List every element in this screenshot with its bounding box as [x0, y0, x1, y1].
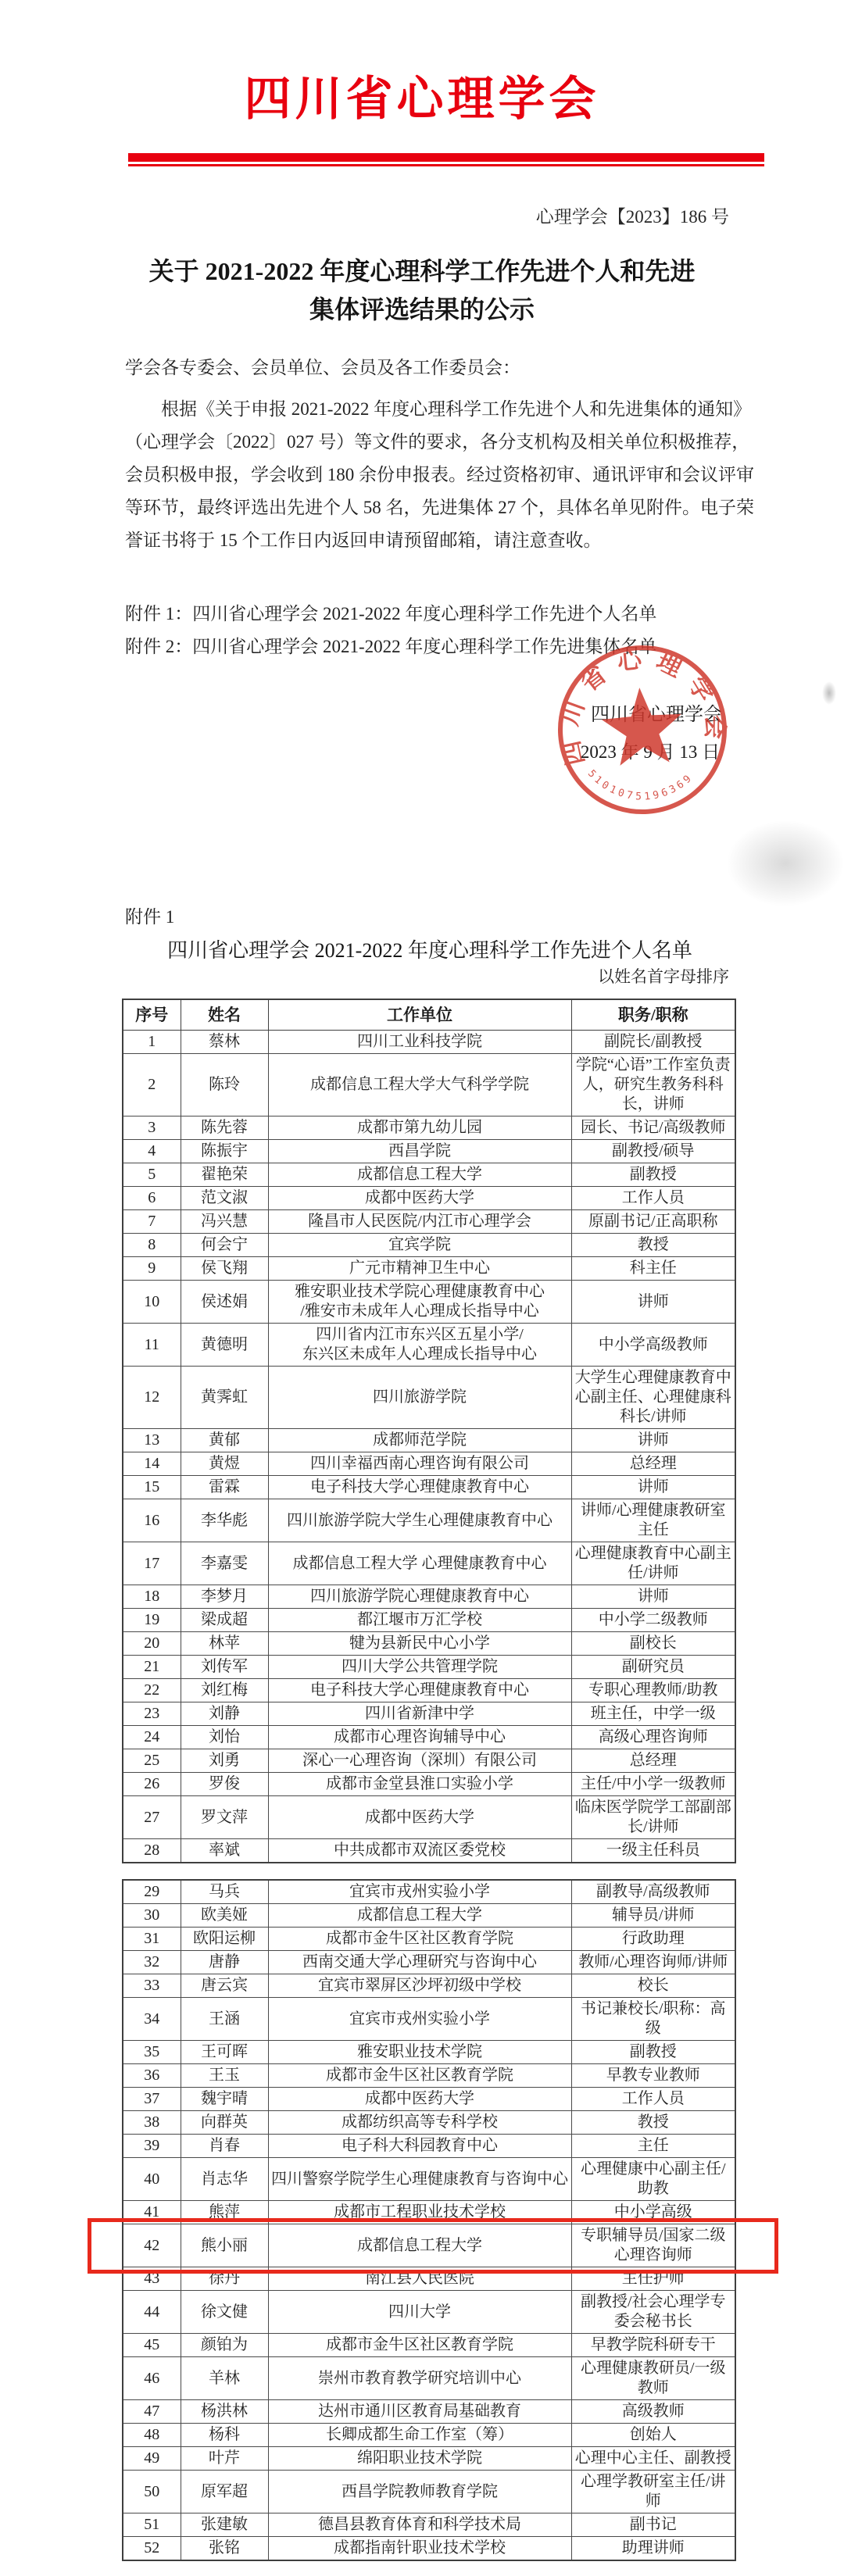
cell-name: 张铭 [181, 2537, 268, 2561]
cell-title: 心理中心主任、副教授 [571, 2447, 735, 2471]
body-line: 根据《关于申报 2021-2022 年度心理科学工作先进个人和先进集体的通知》 [125, 393, 729, 426]
cell-no: 10 [123, 1281, 181, 1324]
cell-title: 教师/心理咨询师/讲师 [571, 1951, 735, 1974]
cell-unit: 成都市金堂县淮口实验小学 [268, 1773, 571, 1796]
cell-unit: 成都信息工程大学 心理健康教育中心 [268, 1542, 571, 1585]
cell-unit: 西南交通大学心理研究与咨询中心 [268, 1951, 571, 1974]
cell-name: 何会宁 [181, 1234, 268, 1257]
cell-no: 51 [123, 2513, 181, 2537]
cell-no: 37 [123, 2088, 181, 2111]
cell-no: 41 [123, 2201, 181, 2224]
cell-no: 1 [123, 1031, 181, 1054]
cell-name: 刘红梅 [181, 1679, 268, 1702]
table-header-cell-unit: 工作单位 [268, 999, 571, 1031]
table-row: 42熊小丽成都信息工程大学专职辅导员/国家二级心理咨询师 [123, 2224, 735, 2267]
cell-unit: 四川省新津中学 [268, 1702, 571, 1726]
table-header-row: 序号 姓名 工作单位 职务/职称 [123, 999, 735, 1031]
table-row: 34王涵宜宾市戎州实验小学书记兼校长/职称：高级 [123, 1998, 735, 2041]
cell-name: 王可晖 [181, 2041, 268, 2064]
table-row: 51张建敏德昌县教育体育和科学技术局副书记 [123, 2513, 735, 2537]
cell-unit: 电子科大科园教育中心 [268, 2135, 571, 2158]
cell-unit: 中共成都市双流区委党校 [268, 1839, 571, 1863]
table-row: 12黄霁虹四川旅游学院大学生心理健康教育中心副主任、心理健康科科长/讲师 [123, 1367, 735, 1429]
cell-no: 6 [123, 1187, 181, 1210]
cell-unit: 宜宾市戎州实验小学 [268, 1998, 571, 2041]
cell-title: 书记兼校长/职称：高级 [571, 1998, 735, 2041]
doc-number: 心理学会【2023】186 号 [125, 205, 729, 229]
table-row: 38向群英成都纺织高等专科学校教授 [123, 2111, 735, 2135]
table-row: 30欧美娅成都信息工程大学辅导员/讲师 [123, 1904, 735, 1928]
cell-no: 14 [123, 1452, 181, 1476]
cell-no: 15 [123, 1476, 181, 1499]
cell-title: 大学生心理健康教育中心副主任、心理健康科科长/讲师 [571, 1367, 735, 1429]
signature-date: 2023 年 9 月 13 日 [556, 740, 744, 765]
cell-no: 34 [123, 1998, 181, 2041]
cell-title: 班主任，中学一级 [571, 1702, 735, 1726]
cell-title: 科主任 [571, 1257, 735, 1281]
table-row: 1蔡林四川工业科技学院副院长/副教授 [123, 1031, 735, 1054]
cell-title: 副研究员 [571, 1656, 735, 1679]
table-row: 24刘怡成都市心理咨询辅导中心高级心理咨询师 [123, 1726, 735, 1749]
cell-name: 李梦月 [181, 1585, 268, 1609]
cell-unit: 四川旅游学院 [268, 1367, 571, 1429]
cell-no: 46 [123, 2357, 181, 2400]
cell-title: 高级心理咨询师 [571, 1726, 735, 1749]
cell-unit: 四川幸福西南心理咨询有限公司 [268, 1452, 571, 1476]
roster-table-segment-2: 29马兵宜宾市戎州实验小学副教导/高级教师30欧美娅成都信息工程大学辅导员/讲师… [122, 1879, 736, 2561]
table-row: 46羊林崇州市教育教学研究培训中心心理健康教研员/一级教师 [123, 2357, 735, 2400]
cell-unit: 长卿成都生命工作室（筹） [268, 2424, 571, 2447]
table-row: 15雷霖电子科技大学心理健康教育中心讲师 [123, 1476, 735, 1499]
cell-no: 36 [123, 2064, 181, 2088]
cell-title: 助理讲师 [571, 2537, 735, 2561]
cell-name: 侯飞翔 [181, 1257, 268, 1281]
cell-title: 早教学院科研专干 [571, 2334, 735, 2357]
cell-no: 47 [123, 2400, 181, 2424]
table-row: 18李梦月四川旅游学院心理健康教育中心讲师 [123, 1585, 735, 1609]
cell-no: 35 [123, 2041, 181, 2064]
cell-name: 李嘉雯 [181, 1542, 268, 1585]
cell-no: 11 [123, 1324, 181, 1367]
cell-no: 3 [123, 1117, 181, 1140]
cell-title: 主任护师 [571, 2267, 735, 2291]
cell-title: 临床医学院学工部副部长/讲师 [571, 1796, 735, 1839]
cell-title: 主任 [571, 2135, 735, 2158]
cell-name: 刘静 [181, 1702, 268, 1726]
table-header-cell-no: 序号 [123, 999, 181, 1031]
annex-label: 附件 1 [125, 905, 729, 930]
table-header-cell-name: 姓名 [181, 999, 268, 1031]
cell-title: 行政助理 [571, 1928, 735, 1951]
cell-unit: 电子科技大学心理健康教育中心 [268, 1476, 571, 1499]
cell-name: 欧美娅 [181, 1904, 268, 1928]
cell-unit: 成都市第九幼儿园 [268, 1117, 571, 1140]
cell-name: 李华彪 [181, 1499, 268, 1542]
notice-title-line-2: 集体评选结果的公示 [78, 291, 766, 329]
table-row: 32唐静西南交通大学心理研究与咨询中心教师/心理咨询师/讲师 [123, 1951, 735, 1974]
cell-no: 4 [123, 1140, 181, 1163]
cell-title: 副教导/高级教师 [571, 1880, 735, 1904]
cell-name: 张建敏 [181, 2513, 268, 2537]
cell-title: 讲师/心理健康教研室主任 [571, 1499, 735, 1542]
table-row: 6范文淑成都中医药大学工作人员 [123, 1187, 735, 1210]
cell-title: 副院长/副教授 [571, 1031, 735, 1054]
red-rule-thick [128, 153, 764, 162]
table-row: 3陈先蓉成都市第九幼儿园园长、书记/高级教师 [123, 1117, 735, 1140]
cell-name: 罗文萍 [181, 1796, 268, 1839]
cell-title: 学院“心语”工作室负责人，研究生教务科科长，讲师 [571, 1054, 735, 1117]
cell-no: 50 [123, 2471, 181, 2513]
table-row: 9侯飞翔广元市精神卫生中心科主任 [123, 1257, 735, 1281]
cell-name: 叶芹 [181, 2447, 268, 2471]
cell-title: 心理健康教育中心副主任/讲师 [571, 1542, 735, 1585]
cell-title: 讲师 [571, 1281, 735, 1324]
cell-title: 辅导员/讲师 [571, 1904, 735, 1928]
cell-title: 心理健康教研员/一级教师 [571, 2357, 735, 2400]
cell-unit: 四川大学 [268, 2291, 571, 2334]
cell-unit: 达州市通川区教育局基础教育 [268, 2400, 571, 2424]
cell-unit: 雅安职业技术学院 [268, 2041, 571, 2064]
cell-title: 专职心理教师/助教 [571, 1679, 735, 1702]
table-row: 48杨科长卿成都生命工作室（筹）创始人 [123, 2424, 735, 2447]
table-row: 2陈玲成都信息工程大学大气科学学院学院“心语”工作室负责人，研究生教务科科长，讲… [123, 1054, 735, 1117]
cell-no: 42 [123, 2224, 181, 2267]
cell-name: 肖志华 [181, 2158, 268, 2201]
cell-no: 30 [123, 1904, 181, 1928]
cell-unit: 四川旅游学院心理健康教育中心 [268, 1585, 571, 1609]
cell-title: 中小学高级教师 [571, 1324, 735, 1367]
table-row: 50原军超西昌学院教师教育学院心理学教研室主任/讲师 [123, 2471, 735, 2513]
table-row: 33唐云宾宜宾市翠屏区沙坪初级中学校校长 [123, 1974, 735, 1998]
cell-name: 原军超 [181, 2471, 268, 2513]
cell-unit: 绵阳职业技术学院 [268, 2447, 571, 2471]
red-rule-thin [128, 164, 764, 166]
cell-unit: 宜宾市翠屏区沙坪初级中学校 [268, 1974, 571, 1998]
table-row: 20林苹犍为县新民中心小学副校长 [123, 1632, 735, 1656]
cell-unit: 都江堰市万汇学校 [268, 1609, 571, 1632]
notice-title: 关于 2021-2022 年度心理科学工作先进个人和先进 集体评选结果的公示 [78, 252, 766, 329]
table-row: 27罗文萍成都中医药大学临床医学院学工部副部长/讲师 [123, 1796, 735, 1839]
cell-title: 校长 [571, 1974, 735, 1998]
cell-unit: 宜宾学院 [268, 1234, 571, 1257]
cell-unit: 成都市心理咨询辅导中心 [268, 1726, 571, 1749]
cell-name: 刘传军 [181, 1656, 268, 1679]
table-row: 52张铭成都指南针职业技术学校助理讲师 [123, 2537, 735, 2561]
seal-serial: 5101075196369 [585, 761, 697, 807]
table-row: 7冯兴慧隆昌市人民医院/内江市心理学会原副书记/正高职称 [123, 1210, 735, 1234]
cell-title: 心理健康中心副主任/助教 [571, 2158, 735, 2201]
table-header-cell-title: 职务/职称 [571, 999, 735, 1031]
cell-name: 王涵 [181, 1998, 268, 2041]
cell-name: 陈玲 [181, 1054, 268, 1117]
cell-title: 高级教师 [571, 2400, 735, 2424]
cell-name: 陈先蓉 [181, 1117, 268, 1140]
cell-title: 讲师 [571, 1585, 735, 1609]
cell-title: 工作人员 [571, 1187, 735, 1210]
cell-title: 主任/中小学一级教师 [571, 1773, 735, 1796]
cell-no: 21 [123, 1656, 181, 1679]
cell-unit: 电子科技大学心理健康教育中心 [268, 1679, 571, 1702]
cell-no: 18 [123, 1585, 181, 1609]
cell-unit: 隆昌市人民医院/内江市心理学会 [268, 1210, 571, 1234]
cell-title: 副教授 [571, 1163, 735, 1187]
table-row: 36王玉成都市金牛区社区教育学院早教专业教师 [123, 2064, 735, 2088]
cell-no: 8 [123, 1234, 181, 1257]
cell-no: 28 [123, 1839, 181, 1863]
attachment-list: 附件 1：四川省心理学会 2021-2022 年度心理科学工作先进个人名单 附件… [125, 598, 729, 663]
cell-no: 43 [123, 2267, 181, 2291]
seal-ring [555, 642, 730, 817]
cell-name: 刘怡 [181, 1726, 268, 1749]
cell-unit: 成都中医药大学 [268, 2088, 571, 2111]
cell-unit: 宜宾市戎州实验小学 [268, 1880, 571, 1904]
cell-title: 工作人员 [571, 2088, 735, 2111]
cell-unit: 广元市精神卫生中心 [268, 1257, 571, 1281]
sort-note: 以姓名首字母排序 [125, 966, 729, 988]
cell-name: 马兵 [181, 1880, 268, 1904]
cell-title: 副教授/硕导 [571, 1140, 735, 1163]
cell-no: 26 [123, 1773, 181, 1796]
cell-no: 19 [123, 1609, 181, 1632]
cell-name: 羊林 [181, 2357, 268, 2400]
cell-no: 24 [123, 1726, 181, 1749]
cell-name: 陈振宇 [181, 1140, 268, 1163]
cell-title: 总经理 [571, 1749, 735, 1773]
table-row: 19梁成超都江堰市万汇学校中小学二级教师 [123, 1609, 735, 1632]
cell-unit: 成都市金牛区社区教育学院 [268, 2064, 571, 2088]
cell-no: 29 [123, 1880, 181, 1904]
cell-name: 王玉 [181, 2064, 268, 2088]
table-row: 14黄煜四川幸福西南心理咨询有限公司总经理 [123, 1452, 735, 1476]
table-row: 49叶芹绵阳职业技术学院心理中心主任、副教授 [123, 2447, 735, 2471]
table-row: 37魏宇晴成都中医药大学工作人员 [123, 2088, 735, 2111]
body-line: （心理学会〔2022〕027 号）等文件的要求，各分支机构及相关单位积极推荐， [125, 426, 729, 459]
scan-smudge [822, 681, 836, 705]
cell-name: 蔡林 [181, 1031, 268, 1054]
cell-title: 副教授/社会心理学专委会秘书长 [571, 2291, 735, 2334]
cell-unit: 崇州市教育教学研究培训中心 [268, 2357, 571, 2400]
table-row: 29马兵宜宾市戎州实验小学副教导/高级教师 [123, 1880, 735, 1904]
cell-no: 7 [123, 1210, 181, 1234]
table-row: 44徐文健四川大学副教授/社会心理学专委会秘书长 [123, 2291, 735, 2334]
table-row: 35王可晖雅安职业技术学院副教授 [123, 2041, 735, 2064]
org-title: 四川省心理学会 [0, 66, 844, 133]
cell-name: 杨科 [181, 2424, 268, 2447]
table-row: 26罗俊成都市金堂县淮口实验小学主任/中小学一级教师 [123, 1773, 735, 1796]
cell-title: 专职辅导员/国家二级心理咨询师 [571, 2224, 735, 2267]
cell-name: 林苹 [181, 1632, 268, 1656]
table-row: 11黄德明四川省内江市东兴区五星小学/ 东兴区未成年人心理成长指导中心中小学高级… [123, 1324, 735, 1367]
cell-no: 49 [123, 2447, 181, 2471]
table-row: 5翟艳荣成都信息工程大学副教授 [123, 1163, 735, 1187]
cell-name: 梁成超 [181, 1609, 268, 1632]
cell-unit: 成都中医药大学 [268, 1796, 571, 1839]
cell-unit: 成都信息工程大学 [268, 2224, 571, 2267]
table-row: 17李嘉雯成都信息工程大学 心理健康教育中心心理健康教育中心副主任/讲师 [123, 1542, 735, 1585]
cell-title: 教授 [571, 2111, 735, 2135]
cell-no: 33 [123, 1974, 181, 1998]
cell-title: 创始人 [571, 2424, 735, 2447]
table-row: 23刘静四川省新津中学班主任，中学一级 [123, 1702, 735, 1726]
cell-title: 园长、书记/高级教师 [571, 1117, 735, 1140]
cell-no: 9 [123, 1257, 181, 1281]
cell-unit: 成都市金牛区社区教育学院 [268, 1928, 571, 1951]
cell-name: 欧阳运柳 [181, 1928, 268, 1951]
cell-title: 总经理 [571, 1452, 735, 1476]
cell-no: 17 [123, 1542, 181, 1585]
table-row: 22刘红梅电子科技大学心理健康教育中心专职心理教师/助教 [123, 1679, 735, 1702]
cell-name: 黄霁虹 [181, 1367, 268, 1429]
body-line: 等环节，最终评选出先进个人 58 名，先进集体 27 个，具体名单见附件。电子荣 [125, 491, 729, 524]
cell-name: 刘勇 [181, 1749, 268, 1773]
table-row: 31欧阳运柳成都市金牛区社区教育学院行政助理 [123, 1928, 735, 1951]
roster-table-segment-1: 序号 姓名 工作单位 职务/职称 1蔡林四川工业科技学院副院长/副教授2陈玲成都… [122, 999, 736, 1863]
cell-unit: 成都中医药大学 [268, 1187, 571, 1210]
table-row: 43徐丹南江县人民医院主任护师 [123, 2267, 735, 2291]
cell-unit: 成都信息工程大学 [268, 1163, 571, 1187]
cell-name: 率斌 [181, 1839, 268, 1863]
cell-no: 22 [123, 1679, 181, 1702]
cell-name: 熊小丽 [181, 2224, 268, 2267]
cell-no: 52 [123, 2537, 181, 2561]
cell-name: 唐云宾 [181, 1974, 268, 1998]
cell-no: 5 [123, 1163, 181, 1187]
cell-no: 16 [123, 1499, 181, 1542]
cell-name: 雷霖 [181, 1476, 268, 1499]
cell-no: 2 [123, 1054, 181, 1117]
cell-name: 黄德明 [181, 1324, 268, 1367]
table-row: 47杨洪林达州市通川区教育局基础教育高级教师 [123, 2400, 735, 2424]
cell-title: 一级主任科员 [571, 1839, 735, 1863]
cell-title: 教授 [571, 1234, 735, 1257]
table-row: 10侯述娟雅安职业技术学院心理健康教育中心 /雅安市未成年人心理成长指导中心讲师 [123, 1281, 735, 1324]
cell-name: 侯述娟 [181, 1281, 268, 1324]
cell-no: 23 [123, 1702, 181, 1726]
cell-unit: 四川警察学院学生心理健康教育与咨询中心 [268, 2158, 571, 2201]
cell-name: 肖春 [181, 2135, 268, 2158]
cell-no: 45 [123, 2334, 181, 2357]
cell-name: 罗俊 [181, 1773, 268, 1796]
notice-title-line-1: 关于 2021-2022 年度心理科学工作先进个人和先进 [78, 252, 766, 291]
attachment-line-1: 附件 1：四川省心理学会 2021-2022 年度心理科学工作先进个人名单 [125, 598, 729, 631]
cell-unit: 四川旅游学院大学生心理健康教育中心 [268, 1499, 571, 1542]
cell-name: 翟艳荣 [181, 1163, 268, 1187]
cell-unit: 犍为县新民中心小学 [268, 1632, 571, 1656]
cell-unit: 成都市工程职业技术学校 [268, 2201, 571, 2224]
cell-title: 原副书记/正高职称 [571, 1210, 735, 1234]
cell-unit: 四川省内江市东兴区五星小学/ 东兴区未成年人心理成长指导中心 [268, 1324, 571, 1367]
table-row: 13黄郁成都师范学院讲师 [123, 1429, 735, 1452]
cell-name: 熊萍 [181, 2201, 268, 2224]
table-title: 四川省心理学会 2021-2022 年度心理科学工作先进个人名单 [109, 936, 750, 966]
cell-no: 13 [123, 1429, 181, 1452]
cell-name: 杨洪林 [181, 2400, 268, 2424]
cell-no: 31 [123, 1928, 181, 1951]
cell-unit: 雅安职业技术学院心理健康教育中心 /雅安市未成年人心理成长指导中心 [268, 1281, 571, 1324]
cell-title: 副校长 [571, 1632, 735, 1656]
cell-no: 39 [123, 2135, 181, 2158]
cell-no: 38 [123, 2111, 181, 2135]
cell-title: 中小学高级 [571, 2201, 735, 2224]
cell-name: 向群英 [181, 2111, 268, 2135]
cell-unit: 西昌学院教师教育学院 [268, 2471, 571, 2513]
cell-name: 魏宇晴 [181, 2088, 268, 2111]
body-paragraph: 根据《关于申报 2021-2022 年度心理科学工作先进个人和先进集体的通知》 … [125, 393, 729, 557]
cell-no: 27 [123, 1796, 181, 1839]
signature-org: 四川省心理学会 [563, 702, 750, 727]
table-row: 8何会宁宜宾学院教授 [123, 1234, 735, 1257]
cell-title: 副书记 [571, 2513, 735, 2537]
cell-unit: 成都纺织高等专科学校 [268, 2111, 571, 2135]
body-line: 誉证书将于 15 个工作日内返回申请预留邮箱，请注意查收。 [125, 524, 729, 557]
cell-no: 32 [123, 1951, 181, 1974]
cell-unit: 南江县人民医院 [268, 2267, 571, 2291]
cell-name: 徐丹 [181, 2267, 268, 2291]
cell-name: 颜铂为 [181, 2334, 268, 2357]
cell-no: 40 [123, 2158, 181, 2201]
cell-name: 徐文健 [181, 2291, 268, 2334]
table-row: 45颜铂为成都市金牛区社区教育学院早教学院科研专干 [123, 2334, 735, 2357]
cell-no: 44 [123, 2291, 181, 2334]
cell-name: 黄煜 [181, 1452, 268, 1476]
cell-name: 黄郁 [181, 1429, 268, 1452]
red-rule [128, 153, 764, 166]
cell-unit: 德昌县教育体育和科学技术局 [268, 2513, 571, 2537]
cell-no: 48 [123, 2424, 181, 2447]
table-row: 39肖春电子科大科园教育中心主任 [123, 2135, 735, 2158]
cell-title: 讲师 [571, 1476, 735, 1499]
cell-unit: 西昌学院 [268, 1140, 571, 1163]
cell-name: 冯兴慧 [181, 1210, 268, 1234]
cell-title: 心理学教研室主任/讲师 [571, 2471, 735, 2513]
scan-smudge [727, 820, 844, 906]
cell-title: 副教授 [571, 2041, 735, 2064]
table-row: 4陈振宇西昌学院副教授/硕导 [123, 1140, 735, 1163]
table-row: 21刘传军四川大学公共管理学院副研究员 [123, 1656, 735, 1679]
table-row: 16李华彪四川旅游学院大学生心理健康教育中心讲师/心理健康教研室主任 [123, 1499, 735, 1542]
cell-unit: 成都指南针职业技术学校 [268, 2537, 571, 2561]
cell-unit: 成都师范学院 [268, 1429, 571, 1452]
cell-title: 讲师 [571, 1429, 735, 1452]
cell-name: 范文淑 [181, 1187, 268, 1210]
salutation: 学会各专委会、会员单位、会员及各工作委员会： [125, 355, 729, 381]
cell-unit: 深心一心理咨询（深圳）有限公司 [268, 1749, 571, 1773]
table-row: 41熊萍成都市工程职业技术学校中小学高级 [123, 2201, 735, 2224]
cell-unit: 成都信息工程大学大气科学学院 [268, 1054, 571, 1117]
cell-name: 唐静 [181, 1951, 268, 1974]
table-row: 40肖志华四川警察学院学生心理健康教育与咨询中心心理健康中心副主任/助教 [123, 2158, 735, 2201]
cell-unit: 四川工业科技学院 [268, 1031, 571, 1054]
cell-title: 早教专业教师 [571, 2064, 735, 2088]
attachment-line-2: 附件 2：四川省心理学会 2021-2022 年度心理科学工作先进集体名单 [125, 631, 729, 663]
cell-no: 25 [123, 1749, 181, 1773]
cell-no: 12 [123, 1367, 181, 1429]
table-row: 25刘勇深心一心理咨询（深圳）有限公司总经理 [123, 1749, 735, 1773]
cell-no: 20 [123, 1632, 181, 1656]
cell-unit: 四川大学公共管理学院 [268, 1656, 571, 1679]
cell-unit: 成都信息工程大学 [268, 1904, 571, 1928]
cell-unit: 成都市金牛区社区教育学院 [268, 2334, 571, 2357]
document-page: 四川省心理学会 心理学会【2023】186 号 关于 2021-2022 年度心… [0, 0, 844, 2576]
cell-title: 中小学二级教师 [571, 1609, 735, 1632]
body-line: 会员积极申报，学会收到 180 余份申报表。经过资格初审、通讯评审和会议评审 [125, 459, 729, 491]
table-row: 28率斌中共成都市双流区委党校一级主任科员 [123, 1839, 735, 1863]
